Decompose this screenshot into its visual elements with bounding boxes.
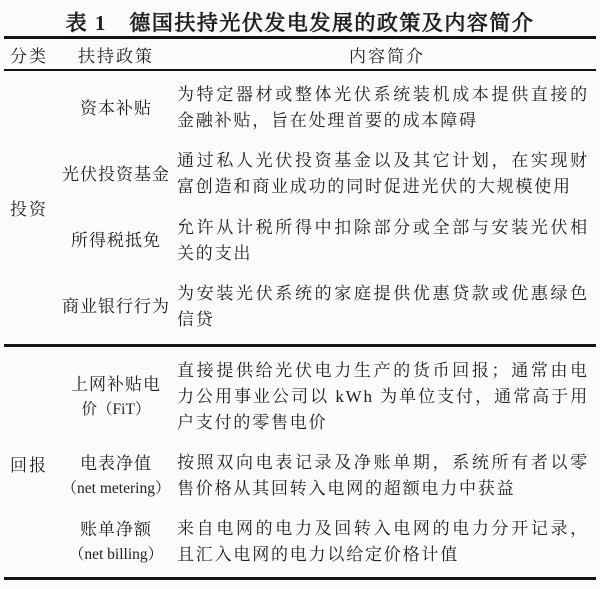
description-cell: 直接提供给光伏电力生产的货币回报；通常由电力公用事业公司以 kWh 为单位支付，… — [177, 358, 597, 436]
policy-cell: 商业银行行为 — [55, 281, 177, 333]
investment-rows: 资本补贴 为特定器材或整体光伏系统装机成本提供直接的金融补贴，旨在处理首要的成本… — [55, 75, 597, 340]
category-label-investment: 投资 — [3, 75, 55, 340]
header-category: 分类 — [3, 42, 55, 67]
header-policy: 扶持政策 — [55, 42, 177, 67]
policy-name: 账单净额 — [80, 517, 152, 542]
return-rows: 上网补贴电 价（FiT） 直接提供给光伏电力生产的货币回报；通常由电力公用事业公… — [55, 351, 597, 575]
description-cell: 允许从计税所得中扣除部分或全部与安装光伏相关的支出 — [177, 215, 597, 267]
table-row: 电表净值 （net metering） 按照双向电表记录及净账单期，系统所有者以… — [55, 443, 597, 509]
table-row: 商业银行行为 为安装光伏系统的家庭提供优惠贷款或优惠绿色信贷 — [55, 274, 597, 340]
table-header-row: 分类 扶持政策 内容简介 — [3, 39, 597, 69]
table-row: 所得税抵免 允许从计税所得中扣除部分或全部与安装光伏相关的支出 — [55, 208, 597, 274]
bottom-rule — [4, 577, 596, 580]
table-row: 资本补贴 为特定器材或整体光伏系统装机成本提供直接的金融补贴，旨在处理首要的成本… — [55, 75, 597, 141]
policy-name: 资本补贴 — [80, 96, 152, 121]
policy-subtitle: （net metering） — [62, 476, 171, 501]
policy-cell: 资本补贴 — [55, 82, 177, 134]
policy-name: 光伏投资基金 — [62, 162, 170, 187]
policy-cell: 上网补贴电 价（FiT） — [55, 358, 177, 436]
section-investment: 投资 资本补贴 为特定器材或整体光伏系统装机成本提供直接的金融补贴，旨在处理首要… — [3, 71, 597, 344]
policy-cell: 光伏投资基金 — [55, 148, 177, 200]
category-label-return: 回报 — [3, 351, 55, 575]
policy-name: 所得税抵免 — [71, 228, 161, 253]
policy-subtitle: （net billing） — [69, 542, 163, 567]
section-return: 回报 上网补贴电 价（FiT） 直接提供给光伏电力生产的货币回报；通常由电力公用… — [3, 347, 597, 577]
description-cell: 为特定器材或整体光伏系统装机成本提供直接的金融补贴，旨在处理首要的成本障碍 — [177, 82, 597, 134]
description-cell: 按照双向电表记录及净账单期，系统所有者以零售价格从其回转入电网的超额电力中获益 — [177, 450, 597, 502]
policy-name: 上网补贴电 — [71, 372, 161, 397]
table-row: 光伏投资基金 通过私人光伏投资基金以及其它计划，在实现财富创造和商业成功的同时促… — [55, 141, 597, 207]
description-cell: 为安装光伏系统的家庭提供优惠贷款或优惠绿色信贷 — [177, 281, 597, 333]
policy-cell: 所得税抵免 — [55, 215, 177, 267]
policy-name: 电表净值 — [80, 451, 152, 476]
policy-name: 商业银行行为 — [62, 294, 170, 319]
policy-cell: 电表净值 （net metering） — [55, 450, 177, 502]
scanned-table-page: 表 1 德国扶持光伏发电发展的政策及内容简介 分类 扶持政策 内容简介 投资 资… — [0, 0, 600, 589]
description-cell: 通过私人光伏投资基金以及其它计划，在实现财富创造和商业成功的同时促进光伏的大规模… — [177, 148, 597, 200]
table-row: 上网补贴电 价（FiT） 直接提供给光伏电力生产的货币回报；通常由电力公用事业公… — [55, 351, 597, 443]
description-cell: 来自电网的电力及回转入电网的电力分开记录，且汇入电网的电力以给定价格计值 — [177, 516, 597, 568]
table-row: 账单净额 （net billing） 来自电网的电力及回转入电网的电力分开记录，… — [55, 509, 597, 575]
policy-cell: 账单净额 （net billing） — [55, 516, 177, 568]
table-title: 表 1 德国扶持光伏发电发展的政策及内容简介 — [3, 0, 597, 36]
header-description: 内容简介 — [177, 42, 597, 67]
policy-subtitle: 价（FiT） — [82, 397, 151, 422]
